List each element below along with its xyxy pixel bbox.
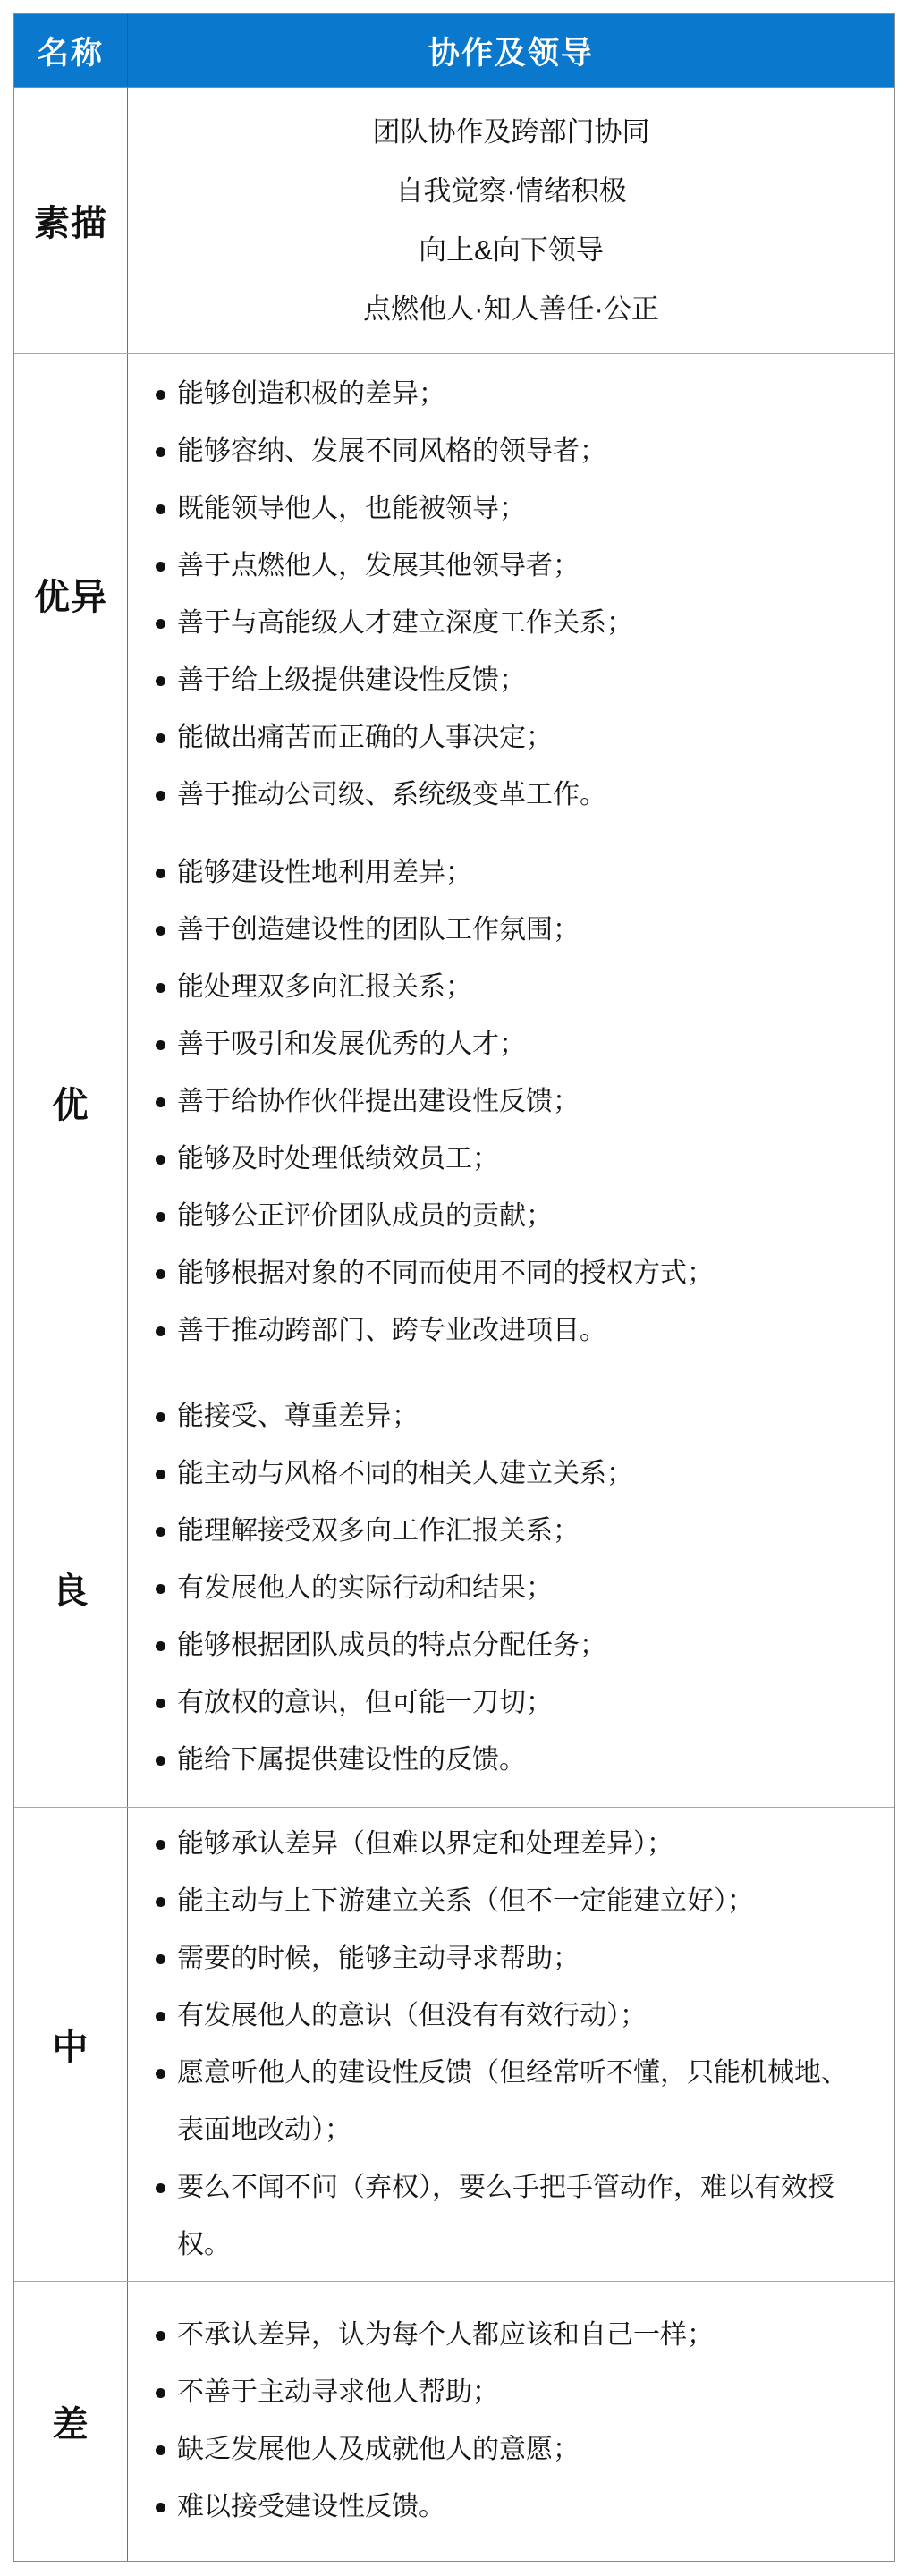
bullet-item: 善于创造建设性的团队工作氛围； — [128, 902, 859, 959]
bullet-item: 能够建设性地利用差异； — [128, 844, 859, 902]
sketch-line: 团队协作及跨部门协同 — [137, 103, 885, 162]
bullet-item: 能够容纳、发展不同风格的领导者； — [128, 423, 859, 480]
bullet-item: 不承认差异，认为每个人都应该和自己一样； — [128, 2307, 859, 2364]
bullet-item: 缺乏发展他人及成就他人的意愿； — [128, 2421, 859, 2479]
bullet-item: 要么不闻不问（弃权），要么手把手管动作，难以有效授权。 — [128, 2159, 859, 2274]
bullet-list: 能够创造积极的差异；能够容纳、发展不同风格的领导者；既能领导他人，也能被领导；善… — [128, 366, 859, 824]
bullet-item: 能主动与风格不同的相关人建立关系； — [128, 1445, 859, 1503]
bullet-item: 善于给协作伙伴提出建设性反馈； — [128, 1073, 859, 1131]
bullet-item: 能做出痛苦而正确的人事决定； — [128, 709, 859, 767]
row-label: 差 — [14, 2282, 128, 2561]
sketch-line: 向上&向下领导 — [137, 221, 885, 280]
bullet-item: 善于推动跨部门、跨专业改进项目。 — [128, 1302, 859, 1360]
row-content: 能够建设性地利用差异；善于创造建设性的团队工作氛围；能处理双多向汇报关系；善于吸… — [128, 835, 894, 1368]
row-content: 不承认差异，认为每个人都应该和自己一样；不善于主动寻求他人帮助；缺乏发展他人及成… — [128, 2282, 894, 2561]
bullet-item: 不善于主动寻求他人帮助； — [128, 2364, 859, 2421]
table-header: 名称 协作及领导 — [14, 14, 894, 88]
row-label: 中 — [14, 1808, 128, 2281]
row-content: 能接受、尊重差异；能主动与风格不同的相关人建立关系；能理解接受双多向工作汇报关系… — [128, 1369, 894, 1807]
grade-table: 名称 协作及领导 素描团队协作及跨部门协同自我觉察·情绪积极向上&向下领导点燃他… — [13, 13, 895, 2562]
bullet-item: 能主动与上下游建立关系（但不一定能建立好）； — [128, 1873, 859, 1930]
bullet-item: 善于给上级提供建设性反馈； — [128, 652, 859, 709]
bullet-item: 有放权的意识，但可能一刀切； — [128, 1674, 859, 1732]
sketch-line: 点燃他人·知人善任·公正 — [137, 280, 885, 339]
bullet-list: 能接受、尊重差异；能主动与风格不同的相关人建立关系；能理解接受双多向工作汇报关系… — [128, 1388, 859, 1789]
table-row: 优能够建设性地利用差异；善于创造建设性的团队工作氛围；能处理双多向汇报关系；善于… — [14, 835, 894, 1369]
bullet-item: 难以接受建设性反馈。 — [128, 2479, 859, 2536]
header-title-cell: 协作及领导 — [128, 14, 894, 87]
row-label: 优异 — [14, 354, 128, 835]
bullet-item: 能理解接受双多向工作汇报关系； — [128, 1503, 859, 1560]
bullet-list: 能够承认差异（但难以界定和处理差异）；能主动与上下游建立关系（但不一定能建立好）… — [128, 1816, 859, 2274]
bullet-item: 能接受、尊重差异； — [128, 1388, 859, 1445]
bullet-item: 能够根据对象的不同而使用不同的授权方式； — [128, 1245, 859, 1302]
bullet-list: 能够建设性地利用差异；善于创造建设性的团队工作氛围；能处理双多向汇报关系；善于吸… — [128, 844, 859, 1360]
row-label: 良 — [14, 1369, 128, 1807]
row-content: 团队协作及跨部门协同自我觉察·情绪积极向上&向下领导点燃他人·知人善任·公正 — [128, 88, 894, 353]
bullet-item: 能够创造积极的差异； — [128, 366, 859, 423]
table-row: 良能接受、尊重差异；能主动与风格不同的相关人建立关系；能理解接受双多向工作汇报关… — [14, 1369, 894, 1808]
header-name-cell: 名称 — [14, 14, 128, 87]
bullet-item: 能够承认差异（但难以界定和处理差异）； — [128, 1816, 859, 1873]
row-label: 优 — [14, 835, 128, 1368]
table-row: 素描团队协作及跨部门协同自我觉察·情绪积极向上&向下领导点燃他人·知人善任·公正 — [14, 88, 894, 354]
table-row: 优异能够创造积极的差异；能够容纳、发展不同风格的领导者；既能领导他人，也能被领导… — [14, 354, 894, 835]
row-content: 能够创造积极的差异；能够容纳、发展不同风格的领导者；既能领导他人，也能被领导；善… — [128, 354, 894, 835]
bullet-item: 有发展他人的实际行动和结果； — [128, 1560, 859, 1617]
table-row: 差不承认差异，认为每个人都应该和自己一样；不善于主动寻求他人帮助；缺乏发展他人及… — [14, 2282, 894, 2561]
bullet-item: 有发展他人的意识（但没有有效行动）； — [128, 1987, 859, 2045]
row-content: 能够承认差异（但难以界定和处理差异）；能主动与上下游建立关系（但不一定能建立好）… — [128, 1808, 894, 2281]
bullet-item: 既能领导他人，也能被领导； — [128, 480, 859, 538]
table-body: 素描团队协作及跨部门协同自我觉察·情绪积极向上&向下领导点燃他人·知人善任·公正… — [14, 88, 894, 2561]
bullet-item: 能够及时处理低绩效员工； — [128, 1131, 859, 1188]
sketch-line: 自我觉察·情绪积极 — [137, 162, 885, 221]
bullet-item: 善于推动公司级、系统级变革工作。 — [128, 767, 859, 824]
bullet-list: 不承认差异，认为每个人都应该和自己一样；不善于主动寻求他人帮助；缺乏发展他人及成… — [128, 2307, 859, 2536]
row-label: 素描 — [14, 88, 128, 353]
bullet-item: 愿意听他人的建设性反馈（但经常听不懂，只能机械地、表面地改动）； — [128, 2045, 859, 2159]
bullet-item: 需要的时候，能够主动寻求帮助； — [128, 1930, 859, 1987]
table-row: 中能够承认差异（但难以界定和处理差异）；能主动与上下游建立关系（但不一定能建立好… — [14, 1808, 894, 2282]
bullet-item: 善于吸引和发展优秀的人才； — [128, 1016, 859, 1073]
bullet-item: 善于与高能级人才建立深度工作关系； — [128, 595, 859, 652]
bullet-item: 能够公正评价团队成员的贡献； — [128, 1188, 859, 1245]
bullet-item: 善于点燃他人，发展其他领导者； — [128, 538, 859, 595]
bullet-item: 能给下属提供建设性的反馈。 — [128, 1732, 859, 1789]
bullet-item: 能够根据团队成员的特点分配任务； — [128, 1617, 859, 1674]
bullet-item: 能处理双多向汇报关系； — [128, 959, 859, 1016]
